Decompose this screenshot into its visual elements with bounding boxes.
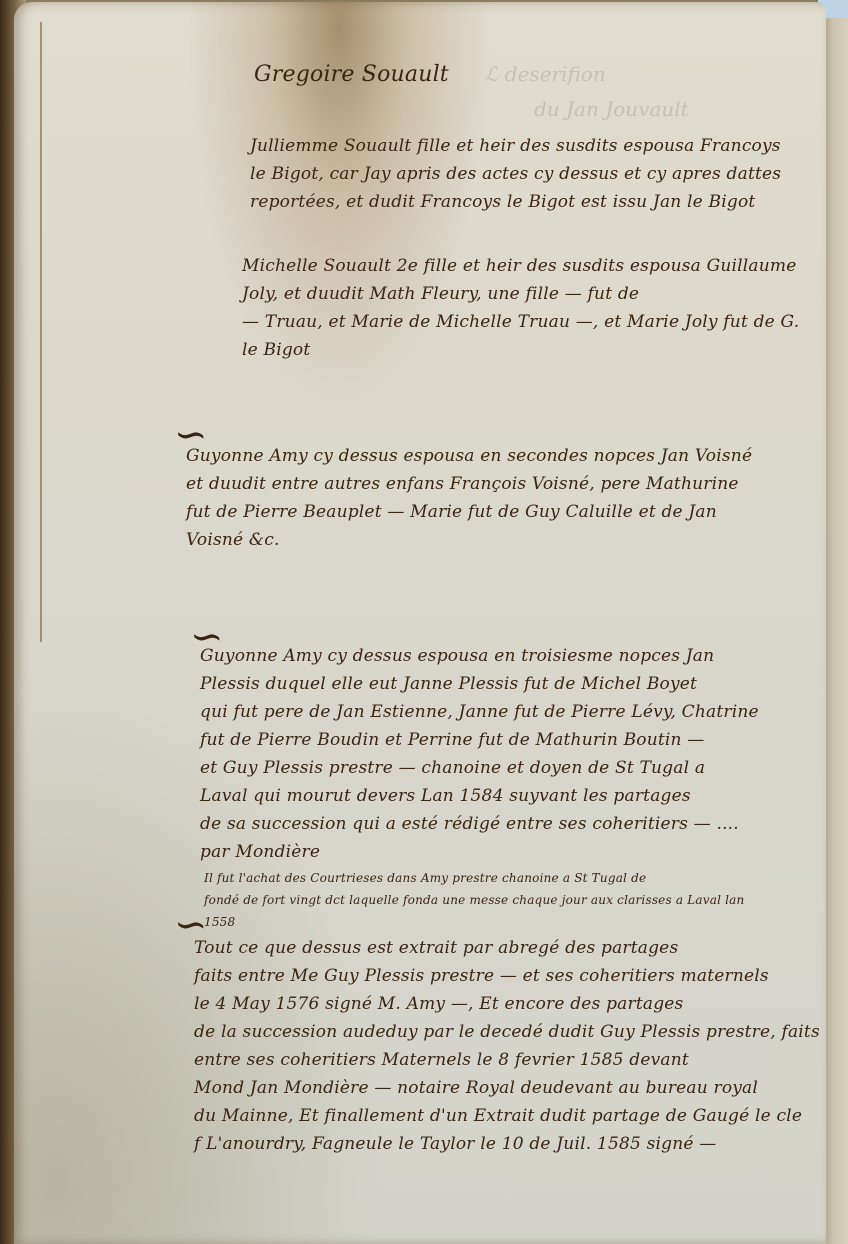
text-line: Plessis duquel elle eut Janne Plessis fu… (200, 670, 759, 698)
text-line: 1558 (204, 911, 744, 933)
text-line: par Mondière (200, 838, 759, 866)
text-line: fut de Pierre Boudin et Perrine fut de M… (200, 726, 759, 754)
bleed-through-text: du Jan Jouvault (534, 97, 689, 121)
text-line: de la succession audeduy par le decedé d… (194, 1018, 820, 1046)
text-line: Voisné &c. (186, 526, 752, 554)
paragraph-2: Michelle Souault 2e fille et heir des su… (242, 252, 799, 364)
text-line: fondé de fort vingt dct laquelle fonda u… (204, 889, 744, 911)
text-line: Il fut l'achat des Courtrieses dans Amy … (204, 867, 744, 889)
text-line: qui fut pere de Jan Estienne, Janne fut … (200, 698, 759, 726)
text-line: et Guy Plessis prestre — chanoine et doy… (200, 754, 759, 782)
text-line: Laval qui mourut devers Lan 1584 suyvant… (200, 782, 759, 810)
text-line: faits entre Me Guy Plessis prestre — et … (194, 962, 820, 990)
text-line: Michelle Souault 2e fille et heir des su… (242, 252, 799, 280)
text-line: f L'anourdry, Fagneule le Taylor le 10 d… (194, 1130, 820, 1158)
text-line: le 4 May 1576 signé M. Amy —, Et encore … (194, 990, 820, 1018)
marginal-note: Il fut l'achat des Courtrieses dans Amy … (204, 867, 744, 933)
paragraph-6: Tout ce que dessus est extrait par abreg… (194, 934, 820, 1158)
paragraph-4: Guyonne Amy cy dessus espousa en troisie… (200, 642, 759, 866)
paragraph-1: Julliemme Souault fille et heir des susd… (250, 132, 781, 216)
text-line: le Bigot, car Jay apris des actes cy des… (250, 160, 781, 188)
text-line: entre ses coheritiers Maternels le 8 fev… (194, 1046, 820, 1074)
text-line: Guyonne Amy cy dessus espousa en troisie… (200, 642, 759, 670)
text-line: de sa succession qui a esté rédigé entre… (200, 810, 759, 838)
bleed-through-text: ℒ deserifion (484, 62, 606, 86)
text-line: reportées, et dudit Francoys le Bigot es… (250, 188, 781, 216)
text-line: Joly, et duudit Math Fleury, une fille —… (242, 280, 799, 308)
text-line: Julliemme Souault fille et heir des susd… (250, 132, 781, 160)
text-line: — Truau, et Marie de Michelle Truau —, e… (242, 308, 799, 336)
text-line: Guyonne Amy cy dessus espousa en seconde… (186, 442, 752, 470)
page-header: Gregoire Souault (254, 62, 449, 87)
text-line: fut de Pierre Beauplet — Marie fut de Gu… (186, 498, 752, 526)
text-line: le Bigot (242, 336, 799, 364)
paragraph-3: Guyonne Amy cy dessus espousa en seconde… (186, 442, 752, 554)
manuscript-page: ℒ deserifion du Jan Jouvault Gregoire So… (14, 2, 826, 1244)
text-line: Tout ce que dessus est extrait par abreg… (194, 934, 820, 962)
text-line: et duudit entre autres enfans François V… (186, 470, 752, 498)
text-line: Mond Jan Mondière — notaire Royal deudev… (194, 1074, 820, 1102)
page-fold-line (40, 22, 42, 642)
text-line: du Mainne, Et finallement d'un Extrait d… (194, 1102, 820, 1130)
